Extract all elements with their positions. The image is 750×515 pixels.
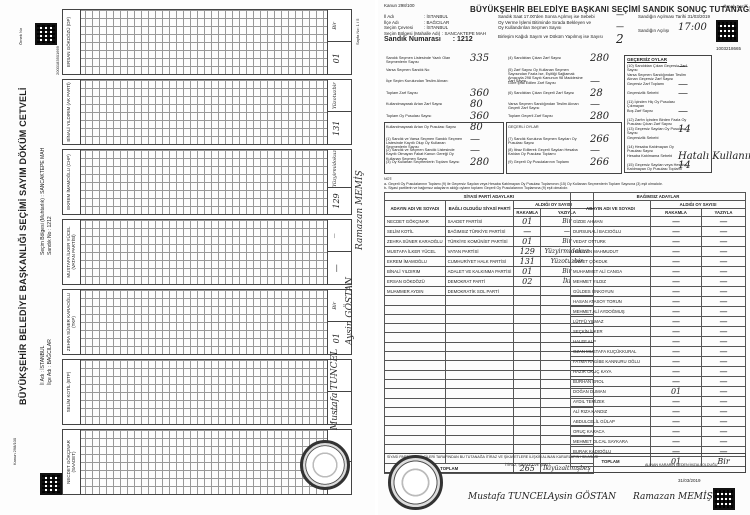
col-header-number: RAKAMLA	[651, 209, 702, 217]
vote-number: —	[651, 317, 702, 327]
table-row	[385, 389, 594, 398]
opening-time-label: Sandığın Açılışı	[638, 28, 669, 34]
field-value: 360	[470, 88, 489, 99]
candidate-name: DURSUNALİ BACIOĞLU	[571, 227, 651, 237]
signature: Ramazan MEMİŞ	[355, 170, 365, 250]
table-row	[385, 352, 594, 361]
tally-total: ——	[327, 220, 351, 284]
vote-text: —	[702, 217, 746, 227]
candidate-name: SELİM KOTİL	[385, 227, 446, 237]
vote-text: —	[702, 317, 746, 327]
vote-text: —	[702, 257, 746, 267]
form-label: Örnek Sarı	[723, 4, 745, 10]
vote-text: —	[702, 227, 746, 237]
table-row: VEDAT OTTURK——	[571, 237, 746, 247]
table-row: SELİM KOTİLBAĞIMSIZ TÜRKİYE PARTİSİ——	[385, 227, 594, 237]
candidate-name: FATMA RAGİBE KANNURU OĞLU	[571, 357, 651, 367]
field-label: Toplam Zarf Sayısı	[386, 91, 466, 95]
sheet-title: BÜYÜKŞEHİR BELEDİYE BAŞKANLIĞI SEÇİMİ SA…	[18, 87, 28, 405]
barcode-number: 2000183501669	[55, 46, 60, 75]
candidate-name: OZAN MUSTAFA KUÇÜKKURAL	[571, 347, 651, 357]
table-row: NECDET GÖKÇINARSAADET PARTİSİ01Bir	[385, 217, 594, 227]
vote-number: —	[651, 377, 702, 387]
vote-text: —	[702, 367, 746, 377]
barcode-number: 1003218665	[716, 46, 741, 52]
table-row: HÜSEYİN MAHMUDUT——	[571, 247, 746, 257]
ballot-result-report: Kanun 298/100 BÜYÜKŞEHİR BELEDİYE BAŞKAN…	[378, 0, 750, 515]
vote-number: 02	[514, 277, 541, 287]
total-text: Yüzotuzbir	[328, 80, 351, 112]
field-label: Toplam Geçerli Zarf Sayısı	[508, 114, 583, 118]
party-name: CUMHURİYET HALK PARTİSİ	[445, 257, 514, 267]
vote-text: —	[702, 287, 746, 297]
table-row: HASAN ATASOY TORUN——	[571, 297, 746, 307]
header-fields: İl Adı: İSTANBUL İlçe Adı: BAĞCILAR Seçi…	[384, 14, 440, 36]
tally-total: 01Bir	[327, 10, 351, 74]
vote-text: —	[702, 357, 746, 367]
qr-code-icon	[35, 23, 57, 45]
party-name: VATAN PARTİSİ	[445, 247, 514, 257]
vote-text: —	[702, 307, 746, 317]
valid-votes-box	[506, 122, 622, 174]
vote-number: —	[651, 267, 702, 277]
table-row: MUAMMER AYDINDEMOKRATİK SOL PARTİ	[385, 287, 594, 296]
vote-text: —	[702, 267, 746, 277]
field-value: 14	[678, 124, 691, 135]
candidate-name: SEÇKİN İLKER	[571, 327, 651, 337]
field-label: Kullanılmayarak Artan Zarf Sayısı	[386, 102, 466, 106]
field-value: —	[590, 76, 600, 87]
vote-number: —	[651, 227, 702, 237]
total-number: 131	[328, 112, 351, 145]
table-row	[385, 324, 594, 333]
table-row	[385, 398, 594, 407]
law-reference: Kanun 298/100	[12, 438, 17, 465]
field-value: 80	[470, 99, 483, 110]
candidate-name: NECDET GÖKÇINAR	[385, 217, 446, 227]
table-row: SEÇKİN İLKER——	[571, 327, 746, 337]
table-row: DOĞAN DUMAN01—	[571, 387, 746, 397]
candidate-name: BİNALİ YILDIRIM	[385, 267, 446, 277]
col-header-name: ADAYIN ADI VE SOYADI	[571, 201, 651, 217]
vote-number: —	[651, 417, 702, 427]
independent-section-title: BAĞIMSIZ ADAYLAR	[571, 193, 746, 201]
ballot-box-number: Sandık Numarası : 1212	[384, 37, 473, 43]
candidate-name: AYDIL TEMİZEK	[571, 397, 651, 407]
timing-value: —	[616, 22, 624, 31]
vote-number: 129	[514, 247, 541, 257]
total-number: 01	[328, 42, 351, 75]
table-row: ERSAN GÖKDÖZÜDEMOKRAT PARTİ02İki	[385, 277, 594, 287]
signature-chair: Mustafa TUNCEL	[468, 492, 549, 502]
field-value: —	[678, 88, 688, 99]
candidate-name: HASAN ATASOY TORUN	[571, 297, 651, 307]
field-value: —	[678, 106, 688, 117]
tally-total: 131Yüzotuzbir	[327, 80, 351, 144]
vote-count-sheet: Kanun 298/100 BÜYÜKŞEHİR BELEDİYE BAŞKAN…	[0, 0, 375, 515]
notes: NOT: a- Geçerli Oy Pusulalarının Toplamı…	[384, 177, 663, 191]
field-value: —	[590, 99, 600, 110]
vote-number: —	[651, 307, 702, 317]
vote-text: —	[702, 417, 746, 427]
candidate-name: MEHMET ALİ AYDOĞMUŞ	[571, 307, 651, 317]
vote-number: —	[651, 337, 702, 347]
party-name: ADALET VE KALKINMA PARTİSİ	[445, 267, 514, 277]
candidate-name: GÜLDES ÖNKOYUN	[571, 287, 651, 297]
field-value: 335	[470, 53, 489, 64]
candidate-name: VEDAT OTTURK	[571, 237, 651, 247]
opening-date: Sandığın Açılması Tarihi 31/03/2019	[638, 14, 710, 20]
candidate-name: ALİ RIZA KANDIZ	[571, 407, 651, 417]
table-row: ORUÇ KARACA——	[571, 427, 746, 437]
field-label: (4) Sandıktan Çıkan Zarf Sayısı	[508, 56, 583, 60]
timing-value: 2	[616, 32, 624, 46]
vote-text: —	[702, 407, 746, 417]
tally-column: SELİM KOTİL (BTP)——	[62, 359, 352, 425]
table-row: ZEHRA SÜNER KARAOĞLUTÜRKİYE KOMÜNİST PAR…	[385, 237, 594, 247]
independent-candidates-table: BAĞIMSIZ ADAYLAR ADAYIN ADI VE SOYADI AL…	[570, 192, 746, 467]
table-row: ALİ RIZA KANDIZ——	[571, 407, 746, 417]
candidate-name: MEHMET OLCAL SAYKARA	[571, 437, 651, 447]
candidate-name: ZEHRA SÜNER KARAOĞLU	[385, 237, 446, 247]
col-header-party: BAĞLI OLDUĞU SİYASİ PARTİ	[445, 201, 514, 217]
total-text: —	[328, 220, 351, 252]
table-row	[385, 379, 594, 388]
total-number: 129	[328, 187, 351, 214]
vote-text: —	[702, 277, 746, 287]
vote-number: 131	[514, 257, 541, 267]
party-name: SAADET PARTİSİ	[445, 217, 514, 227]
col-header-name: ADAYIN ADI VE SOYADI	[385, 201, 446, 217]
table-row: GİZDE AHMAN——	[571, 217, 746, 227]
party-candidates-table: SİYASİ PARTİ ADAYLARI ADAYIN ADI VE SOYA…	[384, 192, 594, 474]
candidate-header: MUSTAFA İLKER YÜCEL (VATAN PARTİSİ)	[63, 220, 81, 284]
vote-number: —	[651, 397, 702, 407]
party-name: TÜRKİYE KOMÜNİST PARTİSİ	[445, 237, 514, 247]
law-reference: Kanun 298/100	[384, 3, 415, 9]
page-number: Sayfa No: 1 / 5	[355, 19, 360, 45]
table-row	[385, 314, 594, 323]
table-row: ABDULCELİL GÜLAP——	[571, 417, 746, 427]
field-label: Toplam Oy Pusulası Sayısı	[386, 114, 466, 118]
vote-number: 01	[514, 217, 541, 227]
vote-number: 01	[651, 387, 702, 397]
table-row: MEHMET OLCAL SAYKARA——	[571, 437, 746, 447]
vote-number	[514, 287, 541, 296]
qr-code-icon	[713, 488, 735, 510]
col-header-number: RAKAMLA	[514, 209, 541, 217]
signature-member: Aysin GÖSTAN	[548, 492, 616, 502]
tally-column: ERSAN GÖKDÖZÜ (DP)01Bir	[62, 9, 352, 75]
candidate-name: ERSAN GÖKDÖZÜ	[385, 277, 446, 287]
field-value: 280	[590, 53, 609, 64]
field-value: 28	[590, 88, 603, 99]
official-seal	[388, 455, 443, 510]
field-label: Geçersizlik Sebebi	[627, 136, 687, 140]
table-row: MUHAMMET ALİ CANGA——	[571, 267, 746, 277]
table-row: AHMET ÇÖKDUK——	[571, 257, 746, 267]
timing-notes: Sandık Saat 17.00'den Sonra Açılmış ise …	[498, 14, 603, 39]
party-name: BAĞIMSIZ TÜRKİYE PARTİSİ	[445, 227, 514, 237]
candidate-name: MEHMET YILDIZ	[571, 277, 651, 287]
official-seal	[300, 440, 350, 490]
candidate-name: ABDULCELİL GÜLAP	[571, 417, 651, 427]
table-row: MEHMET YILDIZ——	[571, 277, 746, 287]
candidate-name: LÜTFÜ YILMAZ	[571, 317, 651, 327]
field-value: 360	[470, 111, 489, 122]
candidate-name: DOĞAN DUMAN	[571, 387, 651, 397]
vote-number: —	[651, 347, 702, 357]
candidate-name: MUHAMMET ALİ CANGA	[571, 267, 651, 277]
table-row: BİNALİ YILDIRIMADALET VE KALKINMA PARTİS…	[385, 267, 594, 277]
col-header-text: YAZIYLA	[702, 209, 746, 217]
vote-text: —	[702, 337, 746, 347]
candidate-name: AHMET ÇÖKDUK	[571, 257, 651, 267]
candidate-name: MUAMMER AYDIN	[385, 287, 446, 296]
tally-column: EKREM İMAMOĞLU (CHP)129Yüzyirmidokuz	[62, 149, 352, 215]
vote-text: —	[702, 387, 746, 397]
timing-value: —	[616, 10, 624, 19]
candidate-name: ORUÇ KARACA	[571, 427, 651, 437]
vote-number: —	[651, 437, 702, 447]
table-row: AYDIL TEMİZEK——	[571, 397, 746, 407]
table-row	[385, 435, 594, 444]
field-value: 14	[678, 160, 691, 171]
vote-number: —	[651, 427, 702, 437]
field-label: (6) Sandıktan Çıkan Geçerli Zarf Sayısı	[508, 91, 583, 95]
qr-code-icon	[40, 473, 62, 495]
voters-box	[384, 122, 504, 174]
vote-number: 01	[514, 237, 541, 247]
vote-number: 01	[514, 267, 541, 277]
table-row: HAZIR OKUÇ KAYA——	[571, 367, 746, 377]
vote-text: —	[702, 327, 746, 337]
table-row: MEHMET ALİ AYDOĞMUŞ——	[571, 307, 746, 317]
signature: Mustafa TUNCEL	[330, 349, 340, 430]
vote-number: —	[651, 357, 702, 367]
candidate-name: EKREM İMAMOĞLU	[385, 257, 446, 267]
field-label: Varsa Seçmen Sandığından Teslim Alınan G…	[508, 102, 583, 111]
vote-number: —	[514, 227, 541, 237]
vote-number: —	[651, 247, 702, 257]
table-row: MUSTAFA İLKER YÜCELVATAN PARTİSİ129Yüzyi…	[385, 247, 594, 257]
candidate-header: ERSAN GÖKDÖZÜ (DP)	[63, 10, 81, 74]
location-meta: İl Adı : İSTANBUL İlçe Adı : BAĞCILAR	[40, 339, 54, 385]
table-row: FATMA RAGİBE KANNURU OĞLU——	[571, 357, 746, 367]
vote-text: —	[702, 377, 746, 387]
table-row: OZAN MUSTAFA KUÇÜKKURAL——	[571, 347, 746, 357]
party-name: DEMOKRATİK SOL PARTİ	[445, 287, 514, 296]
vote-number: —	[651, 287, 702, 297]
signature: Aysin GÖSTAN	[345, 277, 355, 345]
table-row	[385, 417, 594, 426]
vote-text: —	[702, 237, 746, 247]
party-section-title: SİYASİ PARTİ ADAYLARI	[385, 193, 594, 201]
candidate-name: HALEF ALP	[571, 337, 651, 347]
candidate-header: EKREM İMAMOĞLU (CHP)	[63, 150, 81, 214]
total-text: Yüzyirmidokuz	[328, 150, 351, 187]
vote-count-sheet-rotated: Kanun 298/100 BÜYÜKŞEHİR BELEDİYE BAŞKAN…	[0, 0, 375, 515]
tally-column: ZEHRA SÜNER KARAOĞLU (TKP)01Bir	[62, 289, 352, 355]
opening-time: 17:00	[678, 22, 707, 33]
vote-text: —	[702, 427, 746, 437]
vote-number: —	[651, 237, 702, 247]
table-row	[385, 296, 594, 305]
district-meta: Seçim Bölgesi (Muhtarlık) : SANCAKTEPE M…	[40, 148, 54, 255]
candidate-name: HAZIR OKUÇ KAYA	[571, 367, 651, 377]
table-row	[385, 426, 594, 435]
vote-number: —	[651, 257, 702, 267]
candidate-name: BURHAN EROL	[571, 377, 651, 387]
table-row	[385, 370, 594, 379]
vote-number: —	[651, 327, 702, 337]
col-header-votes: ALDIĞI OY SAYISI	[651, 201, 746, 209]
table-row	[385, 342, 594, 351]
table-row	[385, 407, 594, 416]
field-label: Zarf Sayısı	[508, 79, 583, 83]
total-text: Bir	[328, 10, 351, 42]
signature-date: 31/03/2019	[678, 478, 701, 484]
field-label: Sandık Seçmen Listesinde Yazılı Olan Seç…	[386, 56, 466, 65]
signature-member: Ramazan MEMİŞ	[633, 492, 713, 502]
candidate-header: BİNALİ YILDIRIM (AK PARTİ)	[63, 80, 81, 144]
candidate-name: MUSTAFA İLKER YÜCEL	[385, 247, 446, 257]
tally-column: MUSTAFA İLKER YÜCEL (VATAN PARTİSİ)——	[62, 219, 352, 285]
invalid-votes-header: GEÇERSİZ OYLAR	[627, 57, 667, 63]
tally-total: 129Yüzyirmidokuz	[327, 150, 351, 214]
field-value: 280	[590, 111, 609, 122]
table-row: HALEF ALP——	[571, 337, 746, 347]
qr-code-icon	[716, 20, 738, 42]
candidate-name: HÜSEYİN MAHMUDUT	[571, 247, 651, 257]
vote-text: —	[702, 397, 746, 407]
vote-number: —	[651, 367, 702, 377]
candidate-header: SELİM KOTİL (BTP)	[63, 360, 81, 424]
table-row: GÜLDES ÖNKOYUN——	[571, 287, 746, 297]
field-label: Varsa Seçmen Sandık No	[386, 68, 466, 72]
vote-text: —	[702, 247, 746, 257]
candidate-name: GİZDE AHMAN	[571, 217, 651, 227]
party-name: DEMOKRAT PARTİ	[445, 277, 514, 287]
vote-text: —	[702, 347, 746, 357]
table-row: LÜTFÜ YILMAZ——	[571, 317, 746, 327]
field-value: —	[678, 61, 688, 72]
candidate-header: NECDET GÖKÇINAR (SAADET)	[63, 430, 81, 494]
table-row	[385, 305, 594, 314]
vote-number: —	[651, 407, 702, 417]
vote-text: —	[702, 437, 746, 447]
field-label: İlçe Seçim Kurulundan Teslim Alınan:	[386, 79, 466, 83]
table-row	[385, 361, 594, 370]
tally-column: BİNALİ YILDIRIM (AK PARTİ)131Yüzotuzbir	[62, 79, 352, 145]
table-row	[385, 333, 594, 342]
vote-number: —	[651, 297, 702, 307]
vote-number: —	[651, 217, 702, 227]
vote-number: —	[651, 277, 702, 287]
vote-text: —	[702, 297, 746, 307]
table-row: EKREM İMAMOĞLUCUMHURİYET HALK PARTİSİ131…	[385, 257, 594, 267]
candidate-header: ZEHRA SÜNER KARAOĞLU (TKP)	[63, 290, 81, 354]
table-row: BURHAN EROL——	[571, 377, 746, 387]
report-title: BÜYÜKŞEHİR BELEDİYE BAŞKANI SEÇİMİ SANDI…	[470, 7, 750, 13]
table-row: DURSUNALİ BACIOĞLU——	[571, 227, 746, 237]
form-label: Örnek No	[18, 28, 23, 45]
